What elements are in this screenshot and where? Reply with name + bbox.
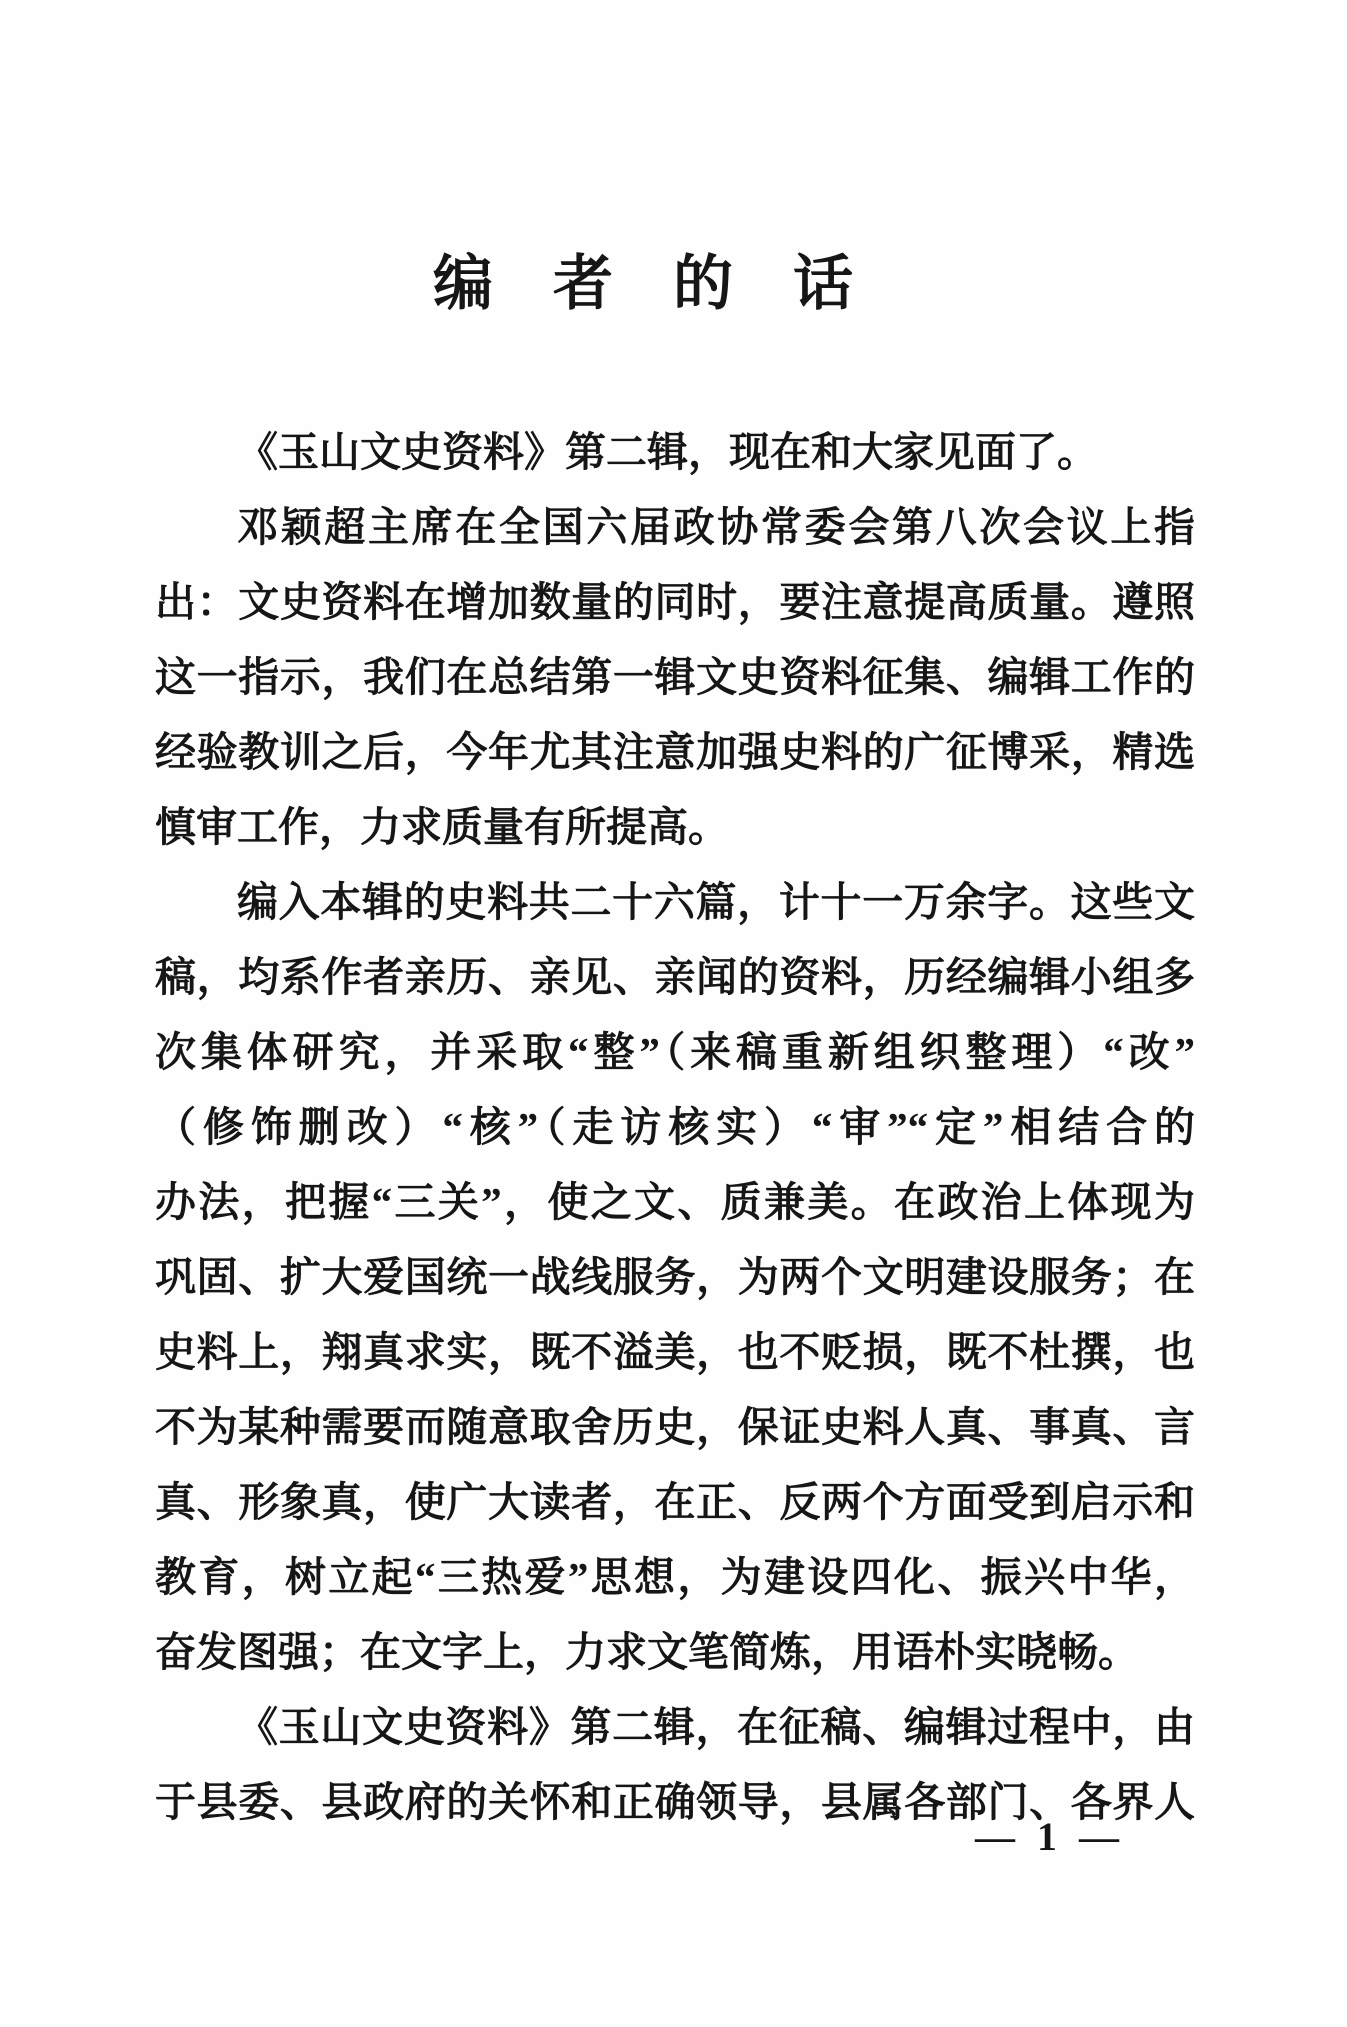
text-line: 慎审工作，力求质量有所提高。 (155, 790, 1195, 865)
text-line: （修饰删改）“核”（走访核实）“审”“定”相结合的 (155, 1090, 1195, 1165)
text-line: 编入本辑的史料共二十六篇，计十一万余字。这些文 (155, 865, 1195, 940)
page-title: 编者的话 (155, 238, 1191, 330)
body-text: 《玉山文史资料》第二辑，现在和大家见面了。邓颖超主席在全国六届政协常委会第八次会… (155, 415, 1195, 1840)
text-line: 真、形象真，使广大读者，在正、反两个方面受到启示和 (155, 1465, 1195, 1540)
text-line: 教育，树立起“三热爱”思想，为建设四化、振兴中华， (155, 1540, 1195, 1615)
text-line: 不为某种需要而随意取舍历史，保证史料人真、事真、言 (155, 1390, 1195, 1465)
text-line: 《玉山文史资料》第二辑，现在和大家见面了。 (155, 415, 1195, 490)
text-line: 稿，均系作者亲历、亲见、亲闻的资料，历经编辑小组多 (155, 940, 1195, 1015)
text-line: 巩固、扩大爱国统一战线服务，为两个文明建设服务；在 (155, 1240, 1195, 1315)
book-page: 编者的话 《玉山文史资料》第二辑，现在和大家见面了。邓颖超主席在全国六届政协常委… (0, 0, 1347, 2027)
text-line: 奋发图强；在文字上，力求文笔简炼，用语朴实晓畅。 (155, 1615, 1195, 1690)
text-line: 邓颖超主席在全国六届政协常委会第八次会议上指 (155, 490, 1195, 565)
page-number: — 1 — (960, 1812, 1140, 1862)
text-line: 《玉山文史资料》第二辑，在征稿、编辑过程中，由 (155, 1690, 1195, 1765)
text-line: 这一指示，我们在总结第一辑文史资料征集、编辑工作的 (155, 640, 1195, 715)
text-line: 出：文史资料在增加数量的同时，要注意提高质量。遵照 (155, 565, 1195, 640)
text-line: 办法，把握“三关”，使之文、质兼美。在政治上体现为 (155, 1165, 1195, 1240)
text-line: 次集体研究，并采取“整”（来稿重新组织整理）“改” (155, 1015, 1195, 1090)
text-line: 史料上，翔真求实，既不溢美，也不贬损，既不杜撰，也 (155, 1315, 1195, 1390)
text-line: 经验教训之后，今年尤其注意加强史料的广征博采，精选 (155, 715, 1195, 790)
